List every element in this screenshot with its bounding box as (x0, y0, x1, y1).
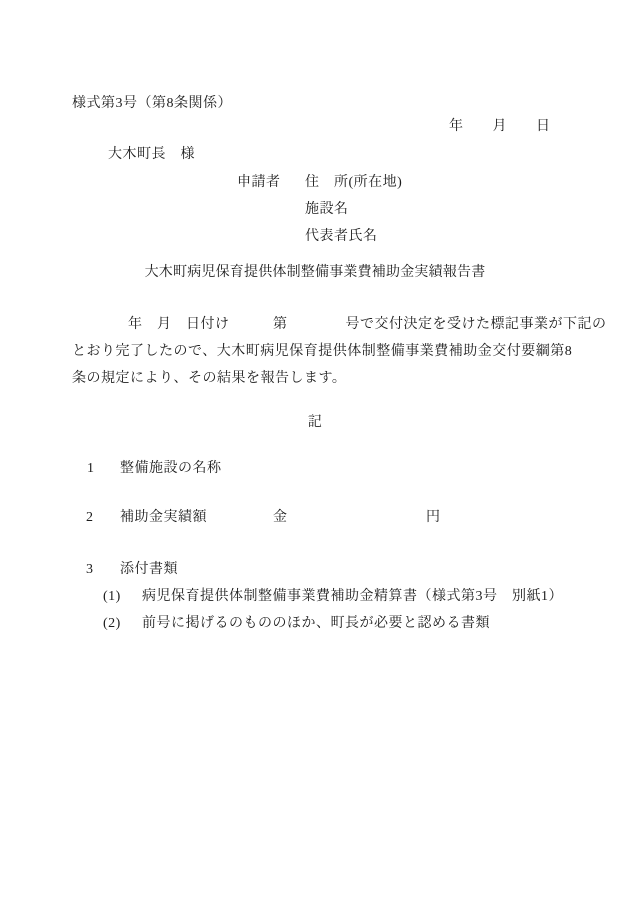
applicant-label: 申請者 (237, 176, 281, 190)
applicant-representative-label: 代表者氏名 (305, 230, 378, 244)
applicant-facility-label: 施設名 (305, 203, 349, 217)
item-3-sub-2-number: (2) (103, 617, 121, 631)
item-3-number: 3 (86, 563, 94, 577)
item-3-label: 添付書類 (120, 563, 178, 577)
body-paragraph-line-2: とおり完了したので、大木町病児保育提供体制整備事業費補助金交付要綱第8 (72, 345, 572, 359)
body-paragraph-line-3: 条の規定により、その結果を報告します。 (72, 372, 346, 386)
date-blank-line: 年 月 日 (449, 120, 551, 134)
item-2-amount-suffix: 円 (426, 511, 441, 525)
body-paragraph-line-1: 年 月 日付け 第 号で交付決定を受けた標記事業が下記の (128, 318, 607, 332)
record-marker: 記 (0, 416, 630, 430)
item-2-amount-prefix: 金 (273, 511, 288, 525)
item-2-number: 2 (86, 511, 94, 525)
item-1-label: 整備施設の名称 (120, 462, 222, 476)
document-page: 様式第3号（第8条関係） 年 月 日 大木町長 様 申請者 住 所(所在地) 施… (0, 0, 630, 903)
item-3-sub-1-number: (1) (103, 590, 121, 604)
item-3-sub-2-text: 前号に掲げるのもののほか、町長が必要と認める書類 (142, 617, 490, 631)
addressee: 大木町長 様 (108, 148, 195, 162)
item-2-label: 補助金実績額 (120, 511, 207, 525)
document-title: 大木町病児保育提供体制整備事業費補助金実績報告書 (0, 266, 630, 280)
form-number: 様式第3号（第8条関係） (72, 97, 232, 111)
item-3-sub-1-text: 病児保育提供体制整備事業費補助金精算書（様式第3号 別紙1） (142, 590, 563, 604)
item-1-number: 1 (87, 462, 95, 476)
applicant-address-label: 住 所(所在地) (305, 176, 402, 190)
